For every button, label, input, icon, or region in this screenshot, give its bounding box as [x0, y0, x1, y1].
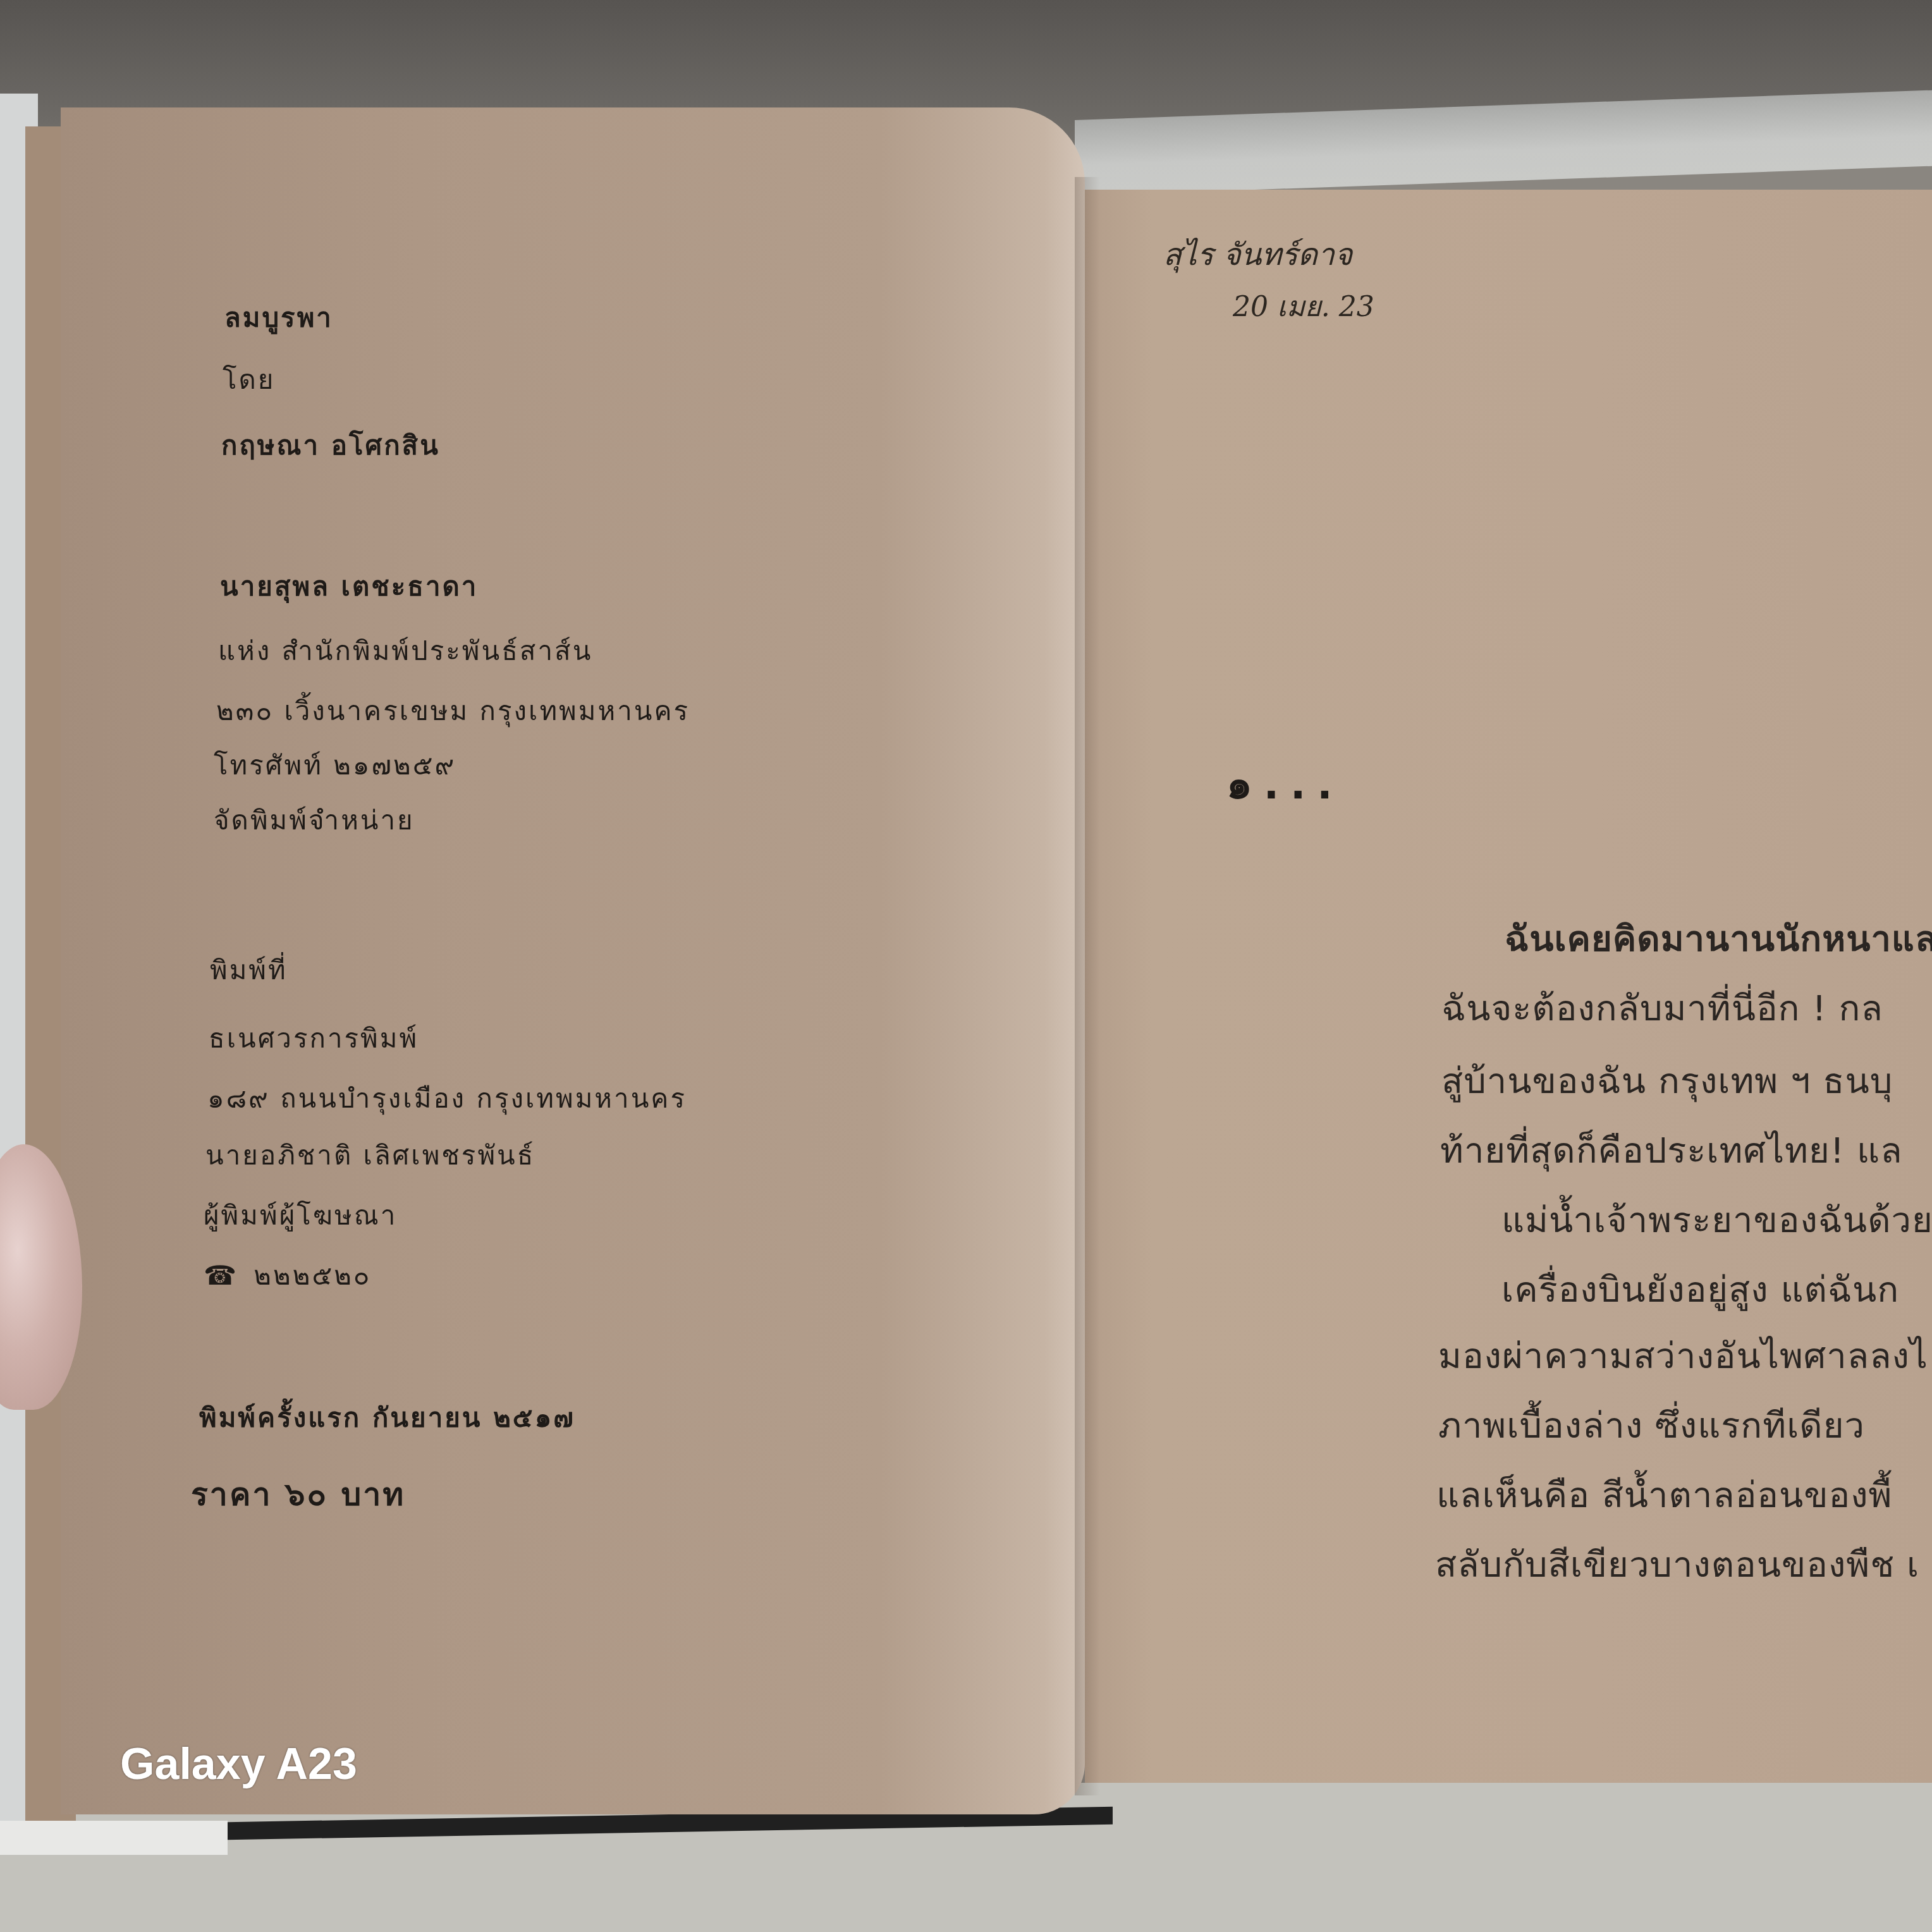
- printer-phone: ๒๒๒๕๒๐: [254, 1260, 371, 1291]
- chapter-number: ๑...: [1226, 752, 1344, 817]
- telephone-icon: ☎: [204, 1260, 238, 1291]
- body-line: แลเห็นคือ สีน้ำตาลอ่อนของพื้: [1436, 1467, 1892, 1523]
- publisher-company: แห่ง สำนักพิมพ์ประพันธ์สาส์น: [218, 630, 592, 672]
- handwritten-date: 20 เมย. 23: [1233, 284, 1374, 329]
- body-line: สลับกับสีเขียวบางตอนของพืช เ: [1435, 1536, 1919, 1593]
- edition-info: พิมพ์ครั้งแรก กันยายน ๒๕๑๗: [199, 1397, 575, 1439]
- printer-name: ธเนศวรการพิมพ์: [209, 1018, 419, 1060]
- book-cover-corner: [0, 1821, 228, 1855]
- body-line: ท้ายที่สุดก็คือประเทศไทย! แล: [1440, 1122, 1903, 1178]
- book-spine: [1075, 177, 1100, 1795]
- printer-address: ๑๘๙ ถนนบำรุงเมือง กรุงเทพมหานคร: [207, 1078, 687, 1120]
- handwritten-signature: สุไร จันทร์ดาจ: [1163, 231, 1352, 279]
- author-name: กฤษณา อโศกสิน: [221, 425, 440, 467]
- price: ราคา ๖๐ บาท: [191, 1470, 405, 1520]
- printer-phone-row: ☎๒๒๒๕๒๐: [204, 1255, 372, 1297]
- body-line: แม่น้ำเจ้าพระยาของฉันด้วย: [1501, 1192, 1932, 1248]
- printer-role: ผู้พิมพ์ผู้โฆษณา: [204, 1195, 397, 1237]
- body-line: ฉันเคยคิดมานานนักหนาแล: [1505, 910, 1932, 967]
- body-line: มองผ่าความสว่างอันไพศาลลงไ: [1438, 1328, 1928, 1384]
- publisher-phone: โทรศัพท์ ๒๑๗๒๕๙: [214, 745, 456, 786]
- printer-person: นายอภิชาติ เลิศเพชรพันธ์: [205, 1135, 535, 1177]
- printer-label: พิมพ์ที่: [210, 950, 288, 991]
- by-label: โดย: [223, 359, 275, 401]
- body-line: ภาพเบื้องล่าง ซึ่งแรกทีเดียว: [1438, 1397, 1865, 1453]
- body-line: เครื่องบินยังอยู่สูง แต่ฉันก: [1501, 1261, 1899, 1318]
- book-title: ลมบูรพา: [224, 297, 333, 339]
- publisher-address: ๒๓๐ เวิ้งนาครเขษม กรุงเทพมหานคร: [216, 690, 690, 732]
- body-line: สู่บ้านของฉัน กรุงเทพ ฯ ธนบุ: [1441, 1053, 1893, 1109]
- publisher-name: นายสุพล เตชะธาดา: [220, 566, 478, 608]
- body-line: ฉันจะต้องกลับมาที่นี่อีก ! กล: [1441, 980, 1883, 1036]
- camera-watermark: Galaxy A23: [120, 1739, 357, 1789]
- publisher-role: จัดพิมพ์จำหน่าย: [214, 800, 415, 841]
